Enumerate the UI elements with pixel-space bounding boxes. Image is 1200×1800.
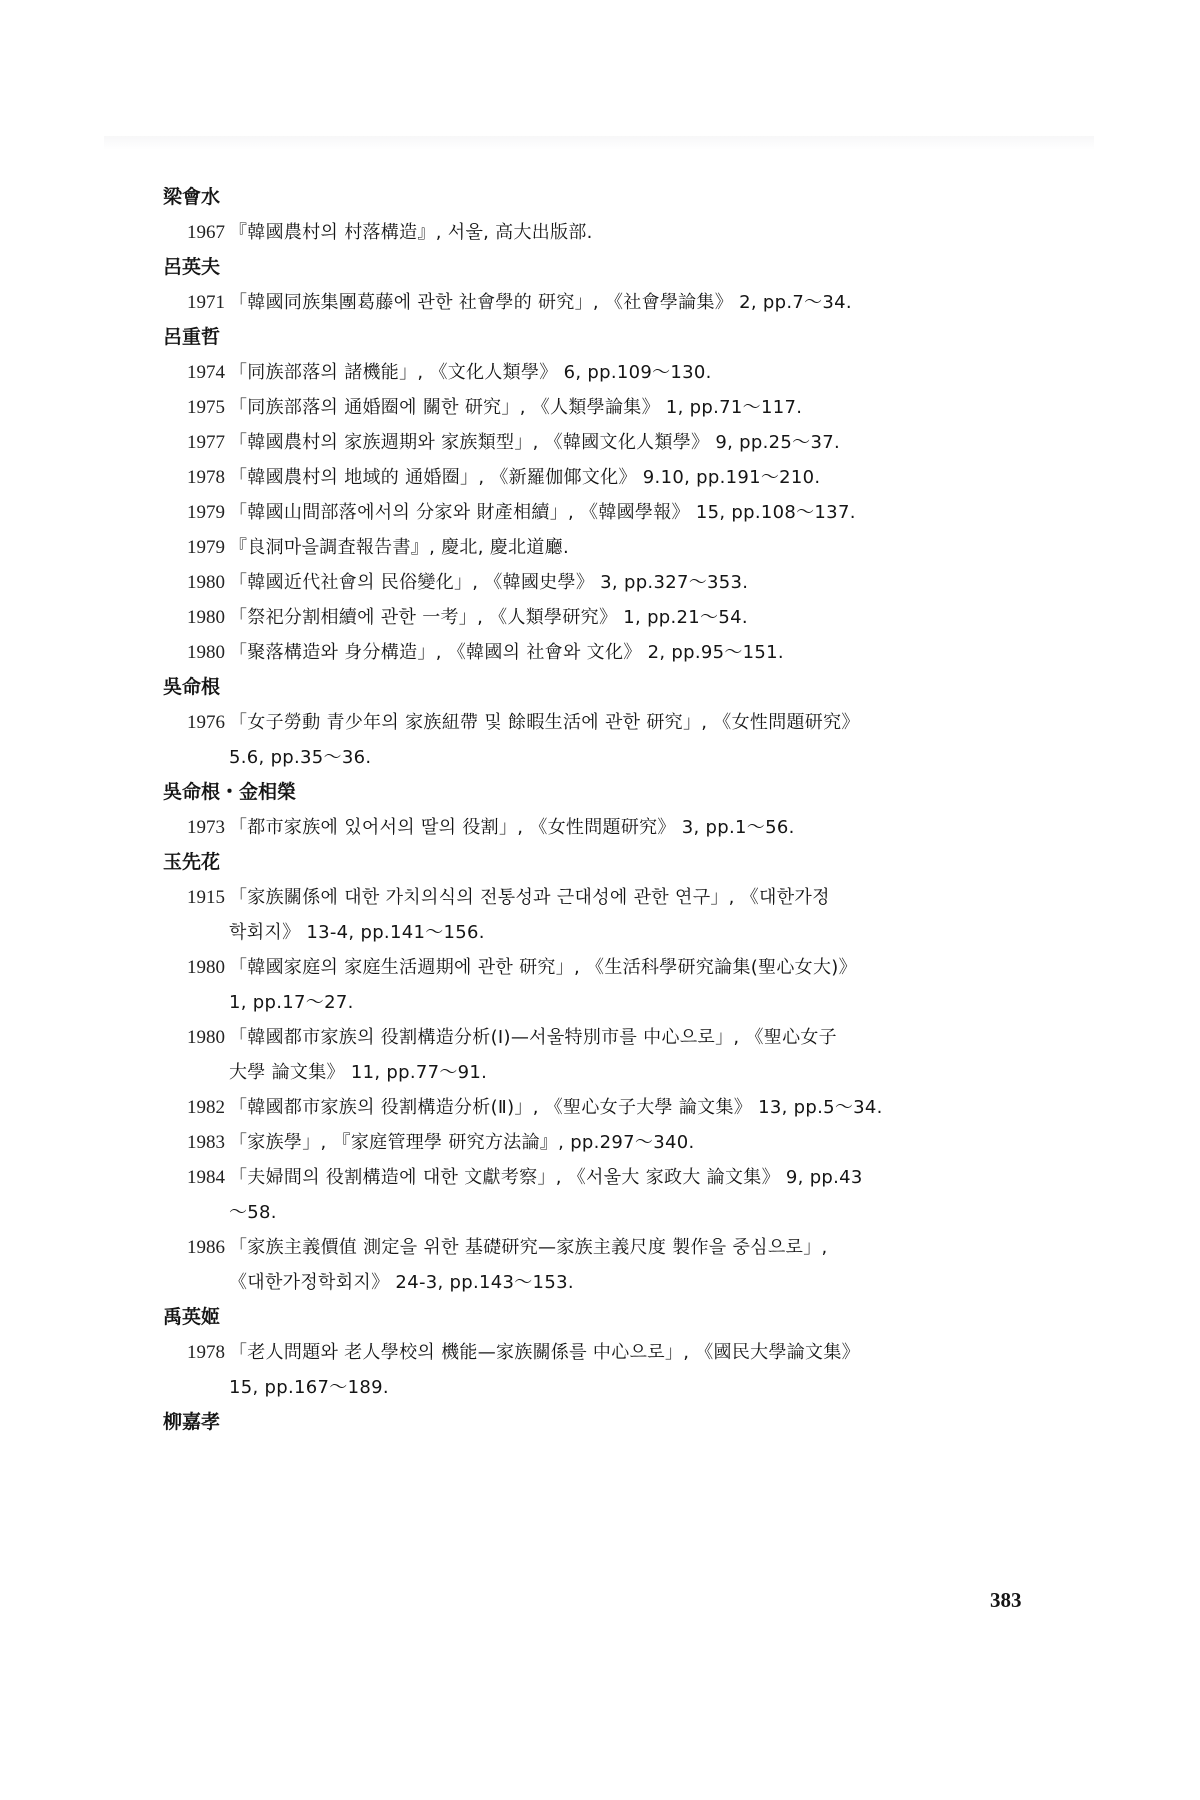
author-heading: 呂英夫 [163, 250, 1063, 285]
entry-citation: 15, pp.167～189. [229, 1370, 1063, 1405]
entry-year: 1980 [163, 1020, 229, 1055]
entry-year: 1983 [163, 1125, 229, 1160]
bibliography-entry: 1980「韓國家庭의 家庭生活週期에 관한 研究」, 《生活科學研究論集(聖心女… [163, 950, 1063, 985]
bibliography-entry: 1982「韓國都市家族의 役割構造分析(Ⅱ)」, 《聖心女子大學 論文集》 13… [163, 1090, 1063, 1125]
author-heading: 玉先花 [163, 845, 1063, 880]
bibliography-list: 梁會水1967『韓國農村의 村落構造』, 서울, 高大出版部.呂英夫1971「韓… [163, 180, 1063, 1440]
entry-year: 1979 [163, 530, 229, 565]
entry-year: 1977 [163, 425, 229, 460]
author-heading: 禹英姬 [163, 1300, 1063, 1335]
scan-edge-shade [104, 136, 1094, 150]
author-heading: 梁會水 [163, 180, 1063, 215]
entry-citation: 《대한가정학회지》 24-3, pp.143～153. [229, 1265, 1063, 1300]
entry-year: 1975 [163, 390, 229, 425]
entry-year: 1973 [163, 810, 229, 845]
entry-year: 1976 [163, 705, 229, 740]
entry-year: 1980 [163, 950, 229, 985]
entry-citation: 「韓國農村의 地域的 通婚圈」, 《新羅伽倻文化》 9.10, pp.191～2… [229, 460, 1063, 495]
entry-citation: 「都市家族에 있어서의 딸의 役割」, 《女性問題研究》 3, pp.1～56. [229, 810, 1063, 845]
bibliography-entry: 1978「老人問題와 老人學校의 機能—家族關係를 中心으로」, 《國民大學論文… [163, 1335, 1063, 1370]
entry-year: 1971 [163, 285, 229, 320]
entry-citation: 「韓國山間部落에서의 分家와 財產相續」, 《韓國學報》 15, pp.108～… [229, 495, 1063, 530]
entry-citation: 「祭祀分割相續에 관한 一考」, 《人類學研究》 1, pp.21～54. [229, 600, 1063, 635]
entry-citation: 「韓國同族集團葛藤에 관한 社會學的 研究」, 《社會學論集》 2, pp.7～… [229, 285, 1063, 320]
entry-year: 1986 [163, 1230, 229, 1265]
entry-citation: 「老人問題와 老人學校의 機能—家族關係를 中心으로」, 《國民大學論文集》 [229, 1335, 1063, 1370]
bibliography-entry: 1975「同族部落의 通婚圈에 關한 研究」, 《人類學論集》 1, pp.71… [163, 390, 1063, 425]
entry-citation: 「家族關係에 대한 가치의식의 전통성과 근대성에 관한 연구」, 《대한가정 [229, 880, 1063, 915]
entry-year [163, 1265, 229, 1300]
entry-year [163, 1370, 229, 1405]
entry-year: 1982 [163, 1090, 229, 1125]
bibliography-entry-continuation: 大學 論文集》 11, pp.77～91. [163, 1055, 1063, 1090]
entry-year: 1979 [163, 495, 229, 530]
entry-citation: 5.6, pp.35～36. [229, 740, 1063, 775]
bibliography-entry-continuation: ～58. [163, 1195, 1063, 1230]
bibliography-entry: 1973「都市家族에 있어서의 딸의 役割」, 《女性問題研究》 3, pp.1… [163, 810, 1063, 845]
bibliography-entry: 1980「聚落構造와 身分構造」, 《韓國의 社會와 文化》 2, pp.95～… [163, 635, 1063, 670]
bibliography-entry: 1971「韓國同族集團葛藤에 관한 社會學的 研究」, 《社會學論集》 2, p… [163, 285, 1063, 320]
entry-citation: 학회지》 13-4, pp.141～156. [229, 915, 1063, 950]
entry-year: 1915 [163, 880, 229, 915]
bibliography-entry-continuation: 15, pp.167～189. [163, 1370, 1063, 1405]
entry-citation: 「家族學」, 『家庭管理學 研究方法論』, pp.297～340. [229, 1125, 1063, 1160]
bibliography-entry-continuation: 5.6, pp.35～36. [163, 740, 1063, 775]
entry-year [163, 985, 229, 1020]
entry-citation: 「韓國家庭의 家庭生活週期에 관한 研究」, 《生活科學研究論集(聖心女大)》 [229, 950, 1063, 985]
entry-citation: 「夫婦間의 役割構造에 대한 文獻考察」, 《서울大 家政大 論文集》 9, p… [229, 1160, 1063, 1195]
author-heading: 呂重哲 [163, 320, 1063, 355]
bibliography-entry: 1980「韓國近代社會의 民俗變化」, 《韓國史學》 3, pp.327～353… [163, 565, 1063, 600]
entry-citation: 大學 論文集》 11, pp.77～91. [229, 1055, 1063, 1090]
bibliography-entry: 1983「家族學」, 『家庭管理學 研究方法論』, pp.297～340. [163, 1125, 1063, 1160]
bibliography-entry: 1976「女子勞動 青少年의 家族紐帶 및 餘暇生活에 관한 研究」, 《女性問… [163, 705, 1063, 740]
entry-citation: 『韓國農村의 村落構造』, 서울, 高大出版部. [229, 215, 1063, 250]
entry-year: 1980 [163, 565, 229, 600]
entry-year [163, 1055, 229, 1090]
bibliography-entry: 1974「同族部落의 諸機能」, 《文化人類學》 6, pp.109～130. [163, 355, 1063, 390]
entry-year [163, 1195, 229, 1230]
author-heading: 吳命根 [163, 670, 1063, 705]
author-heading: 柳嘉孝 [163, 1405, 1063, 1440]
entry-citation: 1, pp.17～27. [229, 985, 1063, 1020]
entry-year: 1978 [163, 1335, 229, 1370]
entry-year: 1974 [163, 355, 229, 390]
page-number: 383 [990, 1588, 1022, 1613]
entry-citation: 「女子勞動 青少年의 家族紐帶 및 餘暇生活에 관한 研究」, 《女性問題研究》 [229, 705, 1063, 740]
bibliography-entry: 1980「韓國都市家族의 役割構造分析(Ⅰ)—서울特別市를 中心으로」, 《聖心… [163, 1020, 1063, 1055]
bibliography-entry-continuation: 학회지》 13-4, pp.141～156. [163, 915, 1063, 950]
entry-citation: 「同族部落의 通婚圈에 關한 研究」, 《人類學論集》 1, pp.71～117… [229, 390, 1063, 425]
bibliography-entry: 1980「祭祀分割相續에 관한 一考」, 《人類學研究》 1, pp.21～54… [163, 600, 1063, 635]
entry-year: 1980 [163, 600, 229, 635]
bibliography-entry: 1984「夫婦間의 役割構造에 대한 文獻考察」, 《서울大 家政大 論文集》 … [163, 1160, 1063, 1195]
entry-year: 1978 [163, 460, 229, 495]
bibliography-entry-continuation: 《대한가정학회지》 24-3, pp.143～153. [163, 1265, 1063, 1300]
bibliography-entry: 1978「韓國農村의 地域的 通婚圈」, 《新羅伽倻文化》 9.10, pp.1… [163, 460, 1063, 495]
entry-citation: 『良洞마을調査報告書』, 慶北, 慶北道廳. [229, 530, 1063, 565]
entry-year [163, 915, 229, 950]
entry-year: 1980 [163, 635, 229, 670]
entry-citation: 「家族主義價值 測定을 위한 基礎研究—家族主義尺度 製作을 중심으로」, [229, 1230, 1063, 1265]
entry-year: 1984 [163, 1160, 229, 1195]
bibliography-entry: 1967『韓國農村의 村落構造』, 서울, 高大出版部. [163, 215, 1063, 250]
entry-citation: 「同族部落의 諸機能」, 《文化人類學》 6, pp.109～130. [229, 355, 1063, 390]
bibliography-entry: 1986「家族主義價值 測定을 위한 基礎研究—家族主義尺度 製作을 중심으로」… [163, 1230, 1063, 1265]
entry-year [163, 740, 229, 775]
bibliography-entry: 1979『良洞마을調査報告書』, 慶北, 慶北道廳. [163, 530, 1063, 565]
author-heading: 吳命根・金相榮 [163, 775, 1063, 810]
bibliography-entry-continuation: 1, pp.17～27. [163, 985, 1063, 1020]
entry-year: 1967 [163, 215, 229, 250]
entry-citation: 「韓國近代社會의 民俗變化」, 《韓國史學》 3, pp.327～353. [229, 565, 1063, 600]
entry-citation: ～58. [229, 1195, 1063, 1230]
bibliography-entry: 1915「家族關係에 대한 가치의식의 전통성과 근대성에 관한 연구」, 《대… [163, 880, 1063, 915]
entry-citation: 「聚落構造와 身分構造」, 《韓國의 社會와 文化》 2, pp.95～151. [229, 635, 1063, 670]
entry-citation: 「韓國都市家族의 役割構造分析(Ⅱ)」, 《聖心女子大學 論文集》 13, pp… [229, 1090, 1063, 1125]
bibliography-entry: 1979「韓國山間部落에서의 分家와 財產相續」, 《韓國學報》 15, pp.… [163, 495, 1063, 530]
bibliography-entry: 1977「韓國農村의 家族週期와 家族類型」, 《韓國文化人類學》 9, pp.… [163, 425, 1063, 460]
entry-citation: 「韓國都市家族의 役割構造分析(Ⅰ)—서울特別市를 中心으로」, 《聖心女子 [229, 1020, 1063, 1055]
entry-citation: 「韓國農村의 家族週期와 家族類型」, 《韓國文化人類學》 9, pp.25～3… [229, 425, 1063, 460]
